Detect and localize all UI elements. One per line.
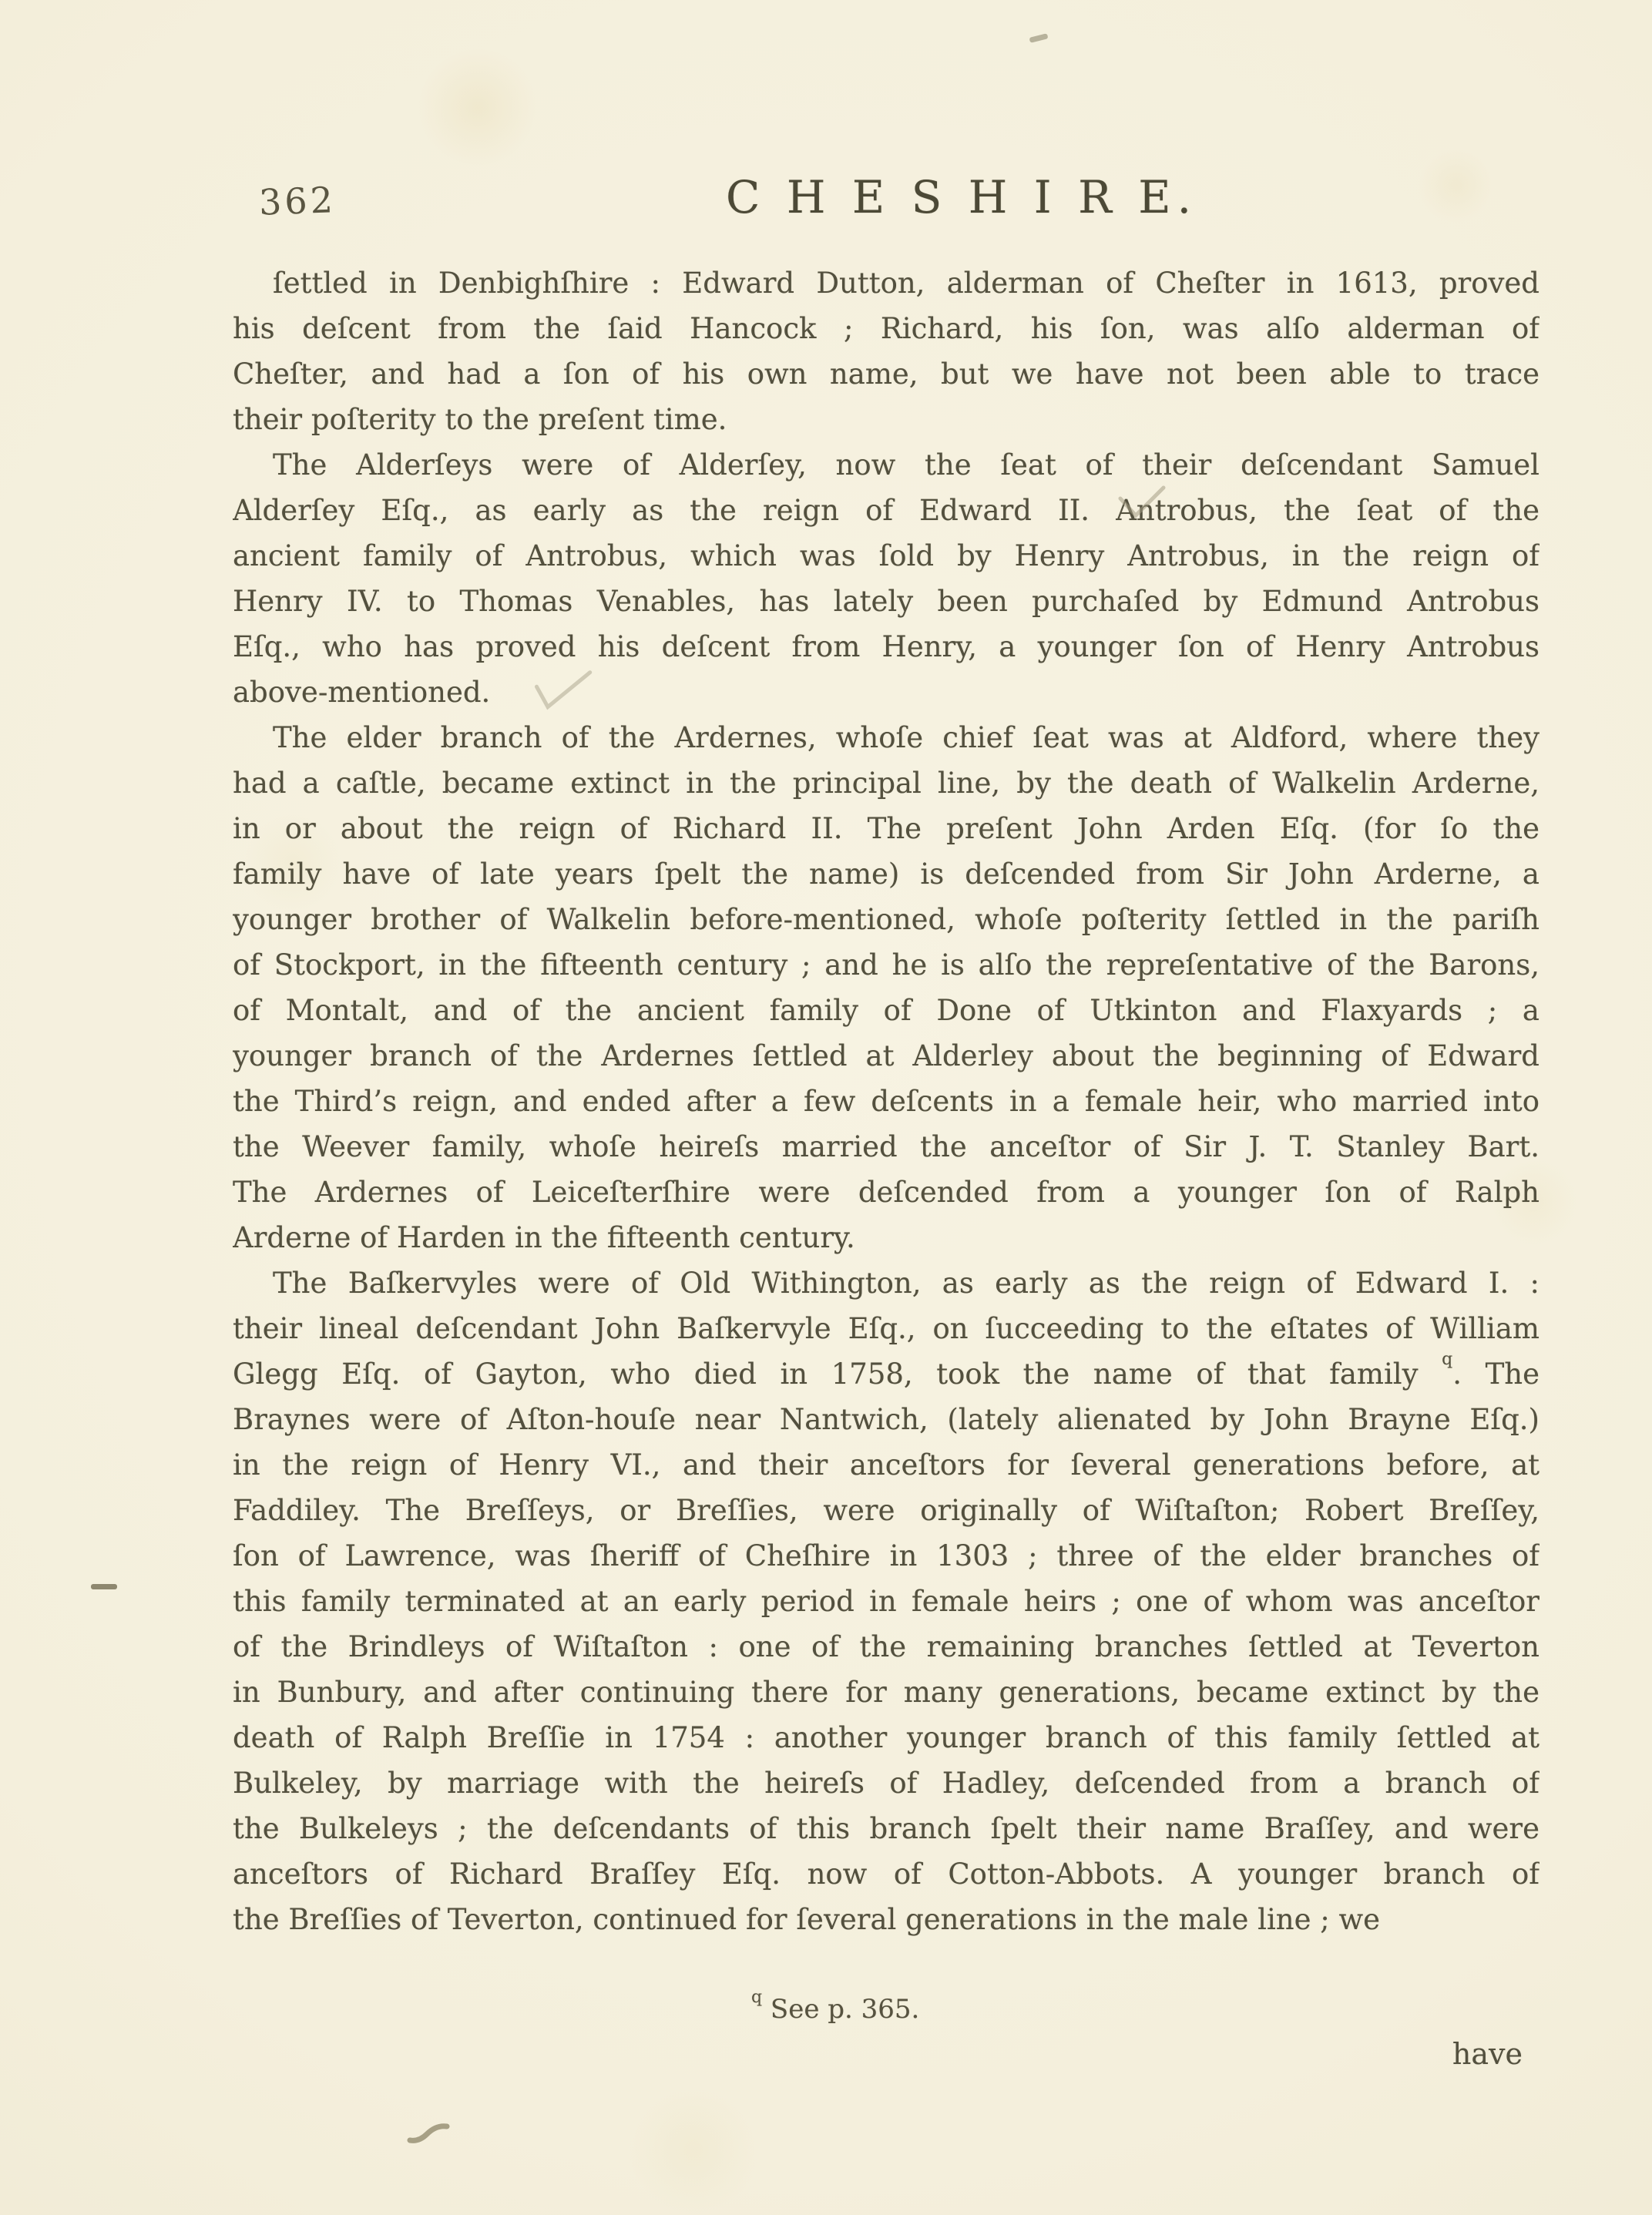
text-line: Arderne of Harden in the fifteenth centu…: [233, 1215, 1540, 1260]
catchword: have: [1452, 2037, 1523, 2071]
text-line: above-mentioned.: [233, 670, 1540, 715]
book-page: 362 C H E S H I R E. ſettled in Denbighſ…: [0, 0, 1652, 2215]
text-line: The Ardernes of Leiceſterſhire were deſc…: [233, 1170, 1540, 1215]
corner-speck: [1029, 33, 1049, 43]
text-line: Braynes were of Aſton-houſe near Nantwic…: [233, 1397, 1540, 1442]
text-line: Glegg Eſq. of Gayton, who died in 1758, …: [233, 1351, 1540, 1397]
footnote: q See p. 365.: [751, 1994, 919, 2025]
text-line: of Stockport, in the fifteenth century ;…: [233, 942, 1540, 988]
text-line: their lineal deſcendant John Baſkervyle …: [233, 1306, 1540, 1351]
text-line: Henry IV. to Thomas Venables, has lately…: [233, 579, 1540, 624]
footnote-text: See p. 365.: [762, 1994, 919, 2025]
text-line: Alderſey Eſq., as early as the reign of …: [233, 488, 1540, 533]
text-line: this family terminated at an early perio…: [233, 1579, 1540, 1624]
text-line: Bulkeley, by marriage with the heireſs o…: [233, 1760, 1540, 1806]
text-line: ſon of Lawrence, was ſheriff of Cheſhire…: [233, 1533, 1540, 1579]
text-line: Faddiley. The Breſſeys, or Breſſies, wer…: [233, 1488, 1540, 1533]
text-line: The elder branch of the Ardernes, whoſe …: [233, 715, 1540, 760]
text-line: in or about the reign of Richard II. The…: [233, 806, 1540, 851]
text-line: in the reign of Henry VI., and their anc…: [233, 1442, 1540, 1488]
paragraph: ſettled in Denbighſhire : Edward Dutton,…: [233, 260, 1540, 442]
footnote-reference: q: [1442, 1351, 1452, 1369]
text-line: Cheſter, and had a ſon of his own name, …: [233, 351, 1540, 397]
text-line: had a caſtle, became extinct in the prin…: [233, 760, 1540, 806]
text-line: The Baſkervyles were of Old Withington, …: [233, 1260, 1540, 1306]
text-line: anceſtors of Richard Braſſey Eſq. now of…: [233, 1851, 1540, 1897]
text-line: the Bulkeleys ; the deſcendants of this …: [233, 1806, 1540, 1851]
paragraph: The elder branch of the Ardernes, whoſe …: [233, 715, 1540, 1260]
paragraph: The Baſkervyles were of Old Withington, …: [233, 1260, 1540, 1942]
text-line: his deſcent from the ſaid Hancock ; Rich…: [233, 306, 1540, 351]
text-line: the Third’s reign, and ended after a few…: [233, 1079, 1540, 1124]
text-line: Eſq., who has proved his deſcent from He…: [233, 624, 1540, 670]
body-text: ſettled in Denbighſhire : Edward Dutton,…: [233, 260, 1540, 1942]
text-line: of the Brindleys of Wiſtaſton : one of t…: [233, 1624, 1540, 1670]
paragraph: The Alderſeys were of Alderſey, now the …: [233, 442, 1540, 715]
text-line: the Weever family, whoſe heireſs married…: [233, 1124, 1540, 1170]
text-line: of Montalt, and of the ancient family of…: [233, 988, 1540, 1033]
text-line: ſettled in Denbighſhire : Edward Dutton,…: [233, 260, 1540, 306]
footnote-marker: q: [751, 1988, 762, 2007]
text-line: their poſterity to the preſent time.: [233, 397, 1540, 442]
running-header: C H E S H I R E.: [726, 171, 1197, 223]
text-line: The Alderſeys were of Alderſey, now the …: [233, 442, 1540, 488]
text-line: younger branch of the Ardernes ſettled a…: [233, 1033, 1540, 1079]
text-line: ancient family of Antrobus, which was ſo…: [233, 533, 1540, 579]
page-number: 362: [258, 179, 337, 223]
text-line: the Breſſies of Teverton, continued for …: [233, 1897, 1540, 1942]
text-line: in Bunbury, and after continuing there f…: [233, 1670, 1540, 1715]
text-line: younger brother of Walkelin before-menti…: [233, 897, 1540, 942]
text-line: death of Ralph Breſſie in 1754 : another…: [233, 1715, 1540, 1760]
margin-dash: [91, 1584, 117, 1589]
text-line: family have of late years ſpelt the name…: [233, 851, 1540, 897]
pencil-squiggle-icon: [407, 2120, 456, 2146]
